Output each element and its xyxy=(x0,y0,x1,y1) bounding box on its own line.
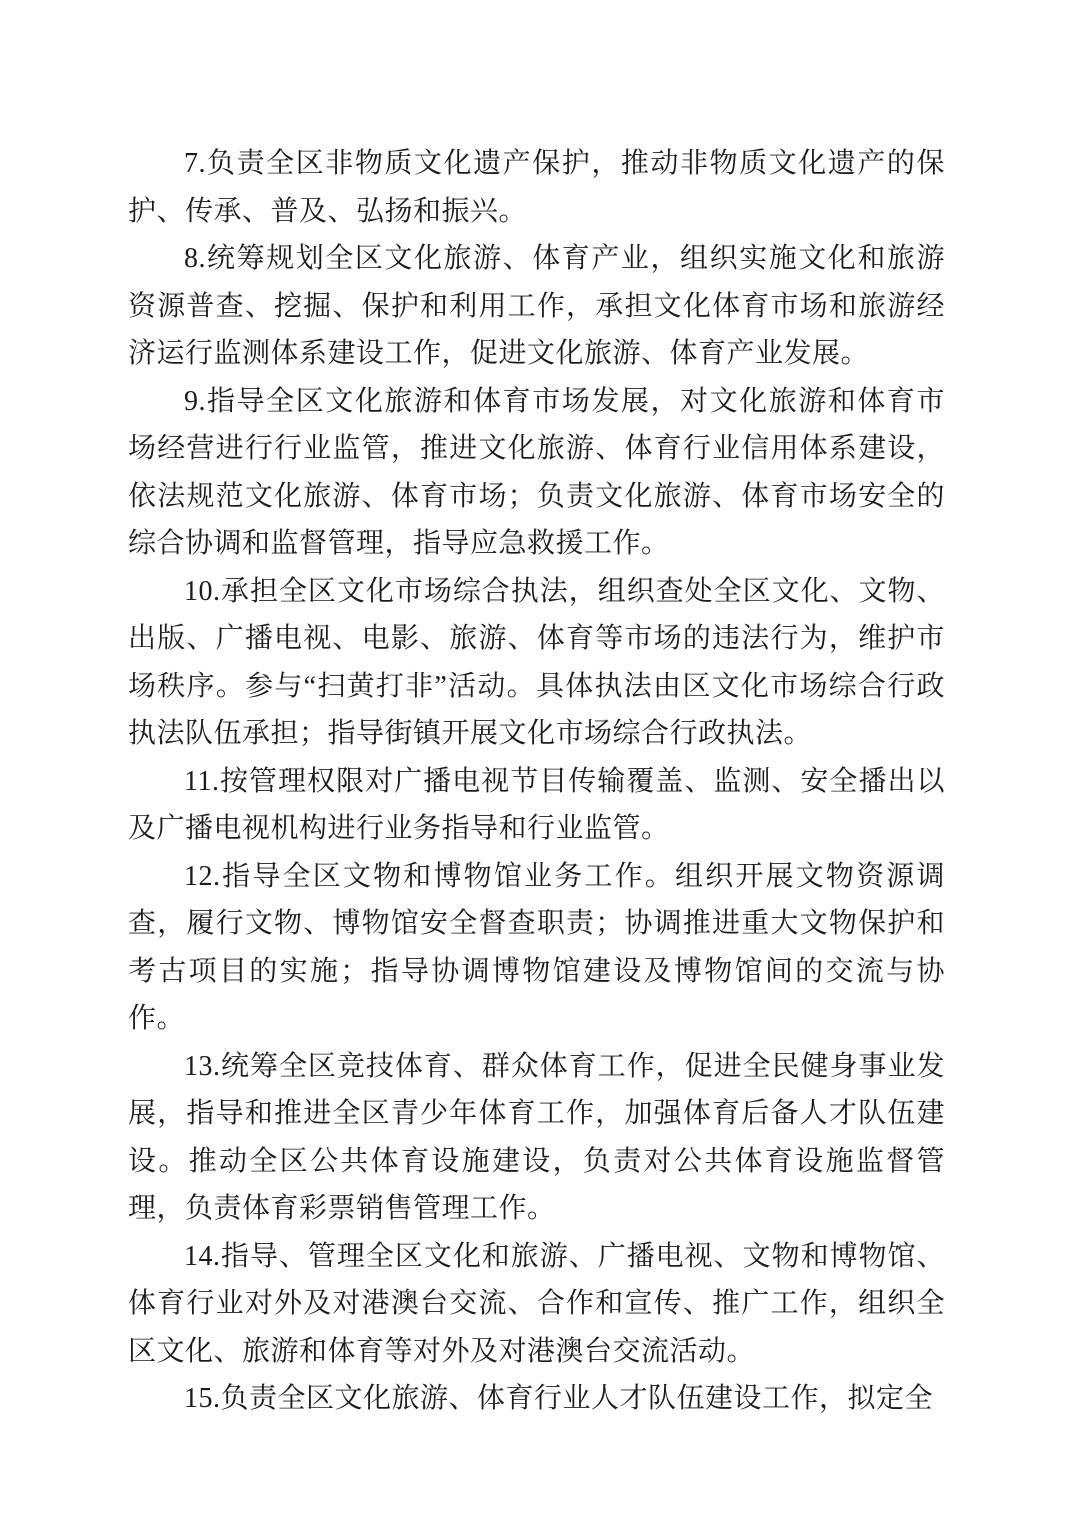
list-item-7: 7.负责全区非物质文化遗产保护，推动非物质文化遗产的保护、传承、普及、弘扬和振兴… xyxy=(128,140,945,235)
list-item-11: 11.按管理权限对广播电视节目传输覆盖、监测、安全播出以及广播电视机构进行业务指… xyxy=(128,758,945,853)
list-item-14: 14.指导、管理全区文化和旅游、广播电视、文物和博物馆、体育行业对外及对港澳台交… xyxy=(128,1233,945,1376)
list-item-10: 10.承担全区文化市场综合执法，组织查处全区文化、文物、出版、广播电视、电影、旅… xyxy=(128,568,945,758)
list-item-8: 8.统筹规划全区文化旅游、体育产业，组织实施文化和旅游资源普查、挖掘、保护和利用… xyxy=(128,235,945,378)
list-item-15: 15.负责全区文化旅游、体育行业人才队伍建设工作，拟定全 xyxy=(128,1375,945,1423)
list-item-13: 13.统筹全区竞技体育、群众体育工作，促进全民健身事业发展，指导和推进全区青少年… xyxy=(128,1043,945,1233)
document-content: 7.负责全区非物质文化遗产保护，推动非物质文化遗产的保护、传承、普及、弘扬和振兴… xyxy=(128,140,945,1423)
list-item-12: 12.指导全区文物和博物馆业务工作。组织开展文物资源调查，履行文物、博物馆安全督… xyxy=(128,853,945,1043)
document-page: 7.负责全区非物质文化遗产保护，推动非物质文化遗产的保护、传承、普及、弘扬和振兴… xyxy=(0,0,1074,1520)
list-item-9: 9.指导全区文化旅游和体育市场发展，对文化旅游和体育市场经营进行行业监管，推进文… xyxy=(128,378,945,568)
